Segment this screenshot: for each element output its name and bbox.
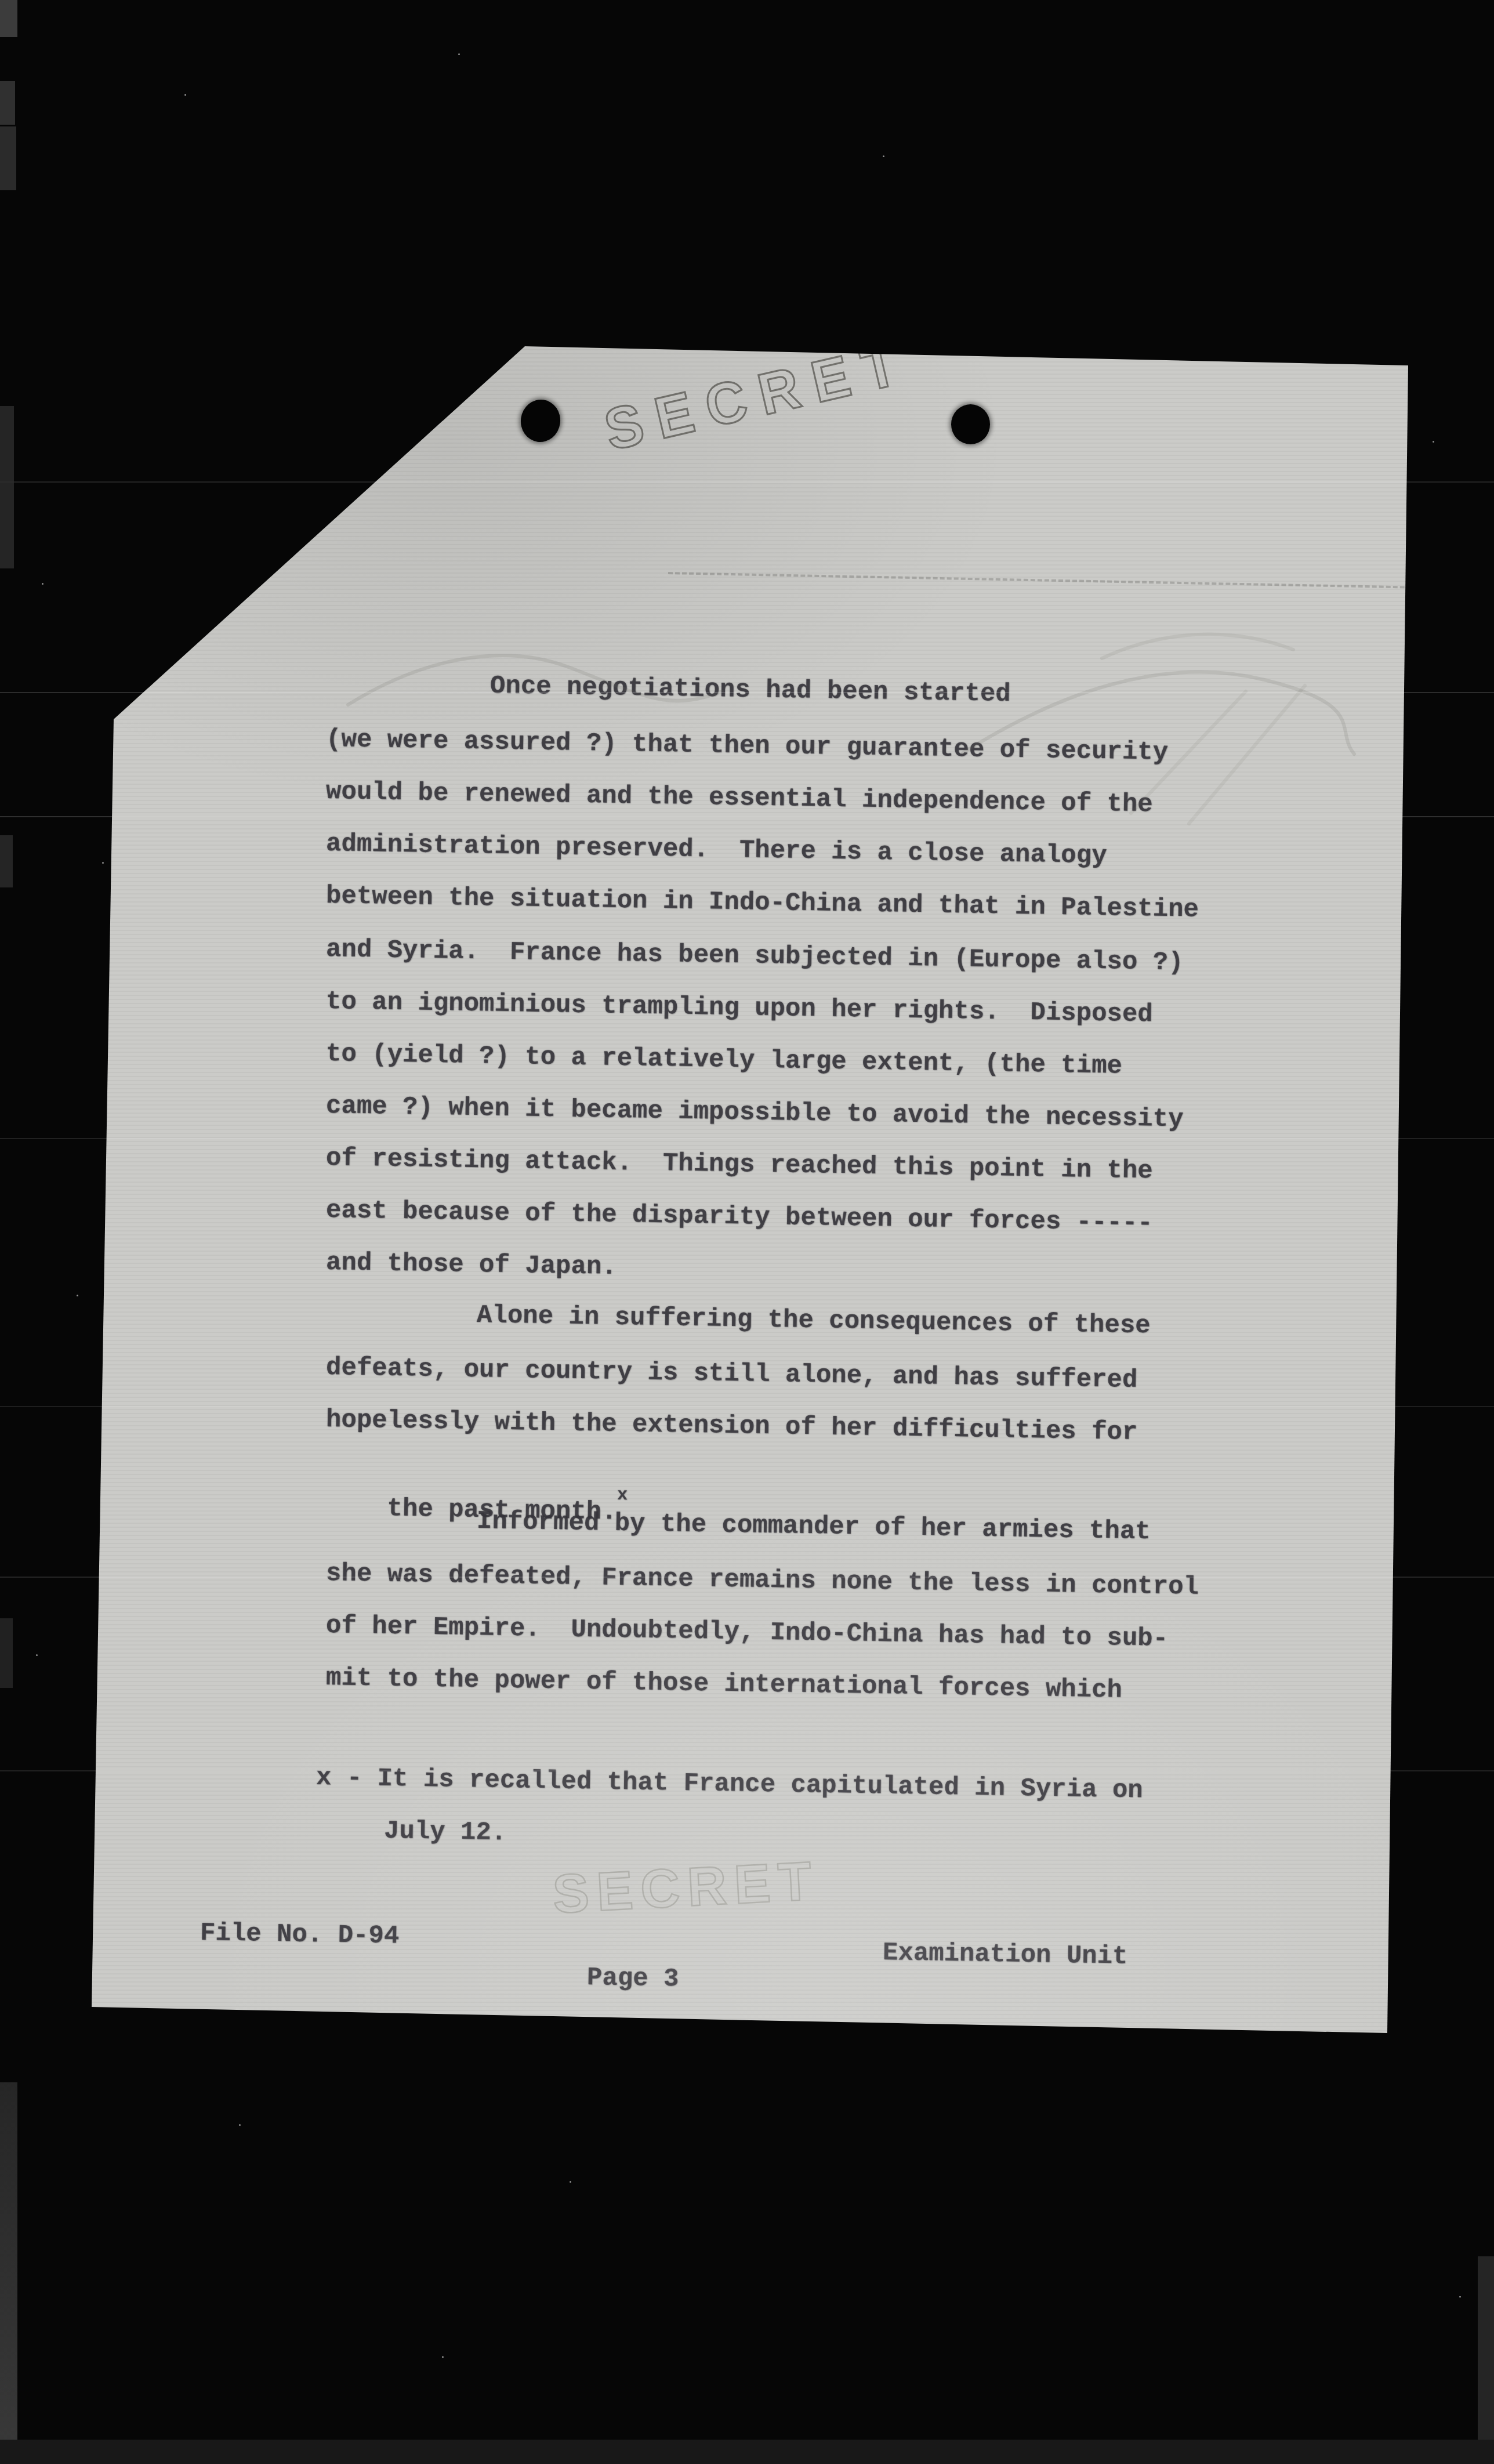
scan-streak [0,692,1494,693]
scan-streak [0,1577,1494,1578]
dust-speck [1433,441,1434,443]
typed-line: to (yield ?) to a relatively large exten… [326,1039,1123,1081]
typed-line: and those of Japan. [326,1248,617,1282]
typed-line: east because of the disparity between ou… [326,1196,1153,1238]
film-edge-artifact [0,406,14,568]
typed-dashed-rule [668,572,1405,588]
film-edge-artifact [1478,2256,1494,2464]
film-edge-artifact [0,81,15,125]
examination-unit-label: Examination Unit [883,1938,1128,1972]
typed-line: Once negotiations had been started [490,672,1011,709]
scan-streak [0,481,1494,483]
scan-streak [0,816,1494,817]
film-edge-artifact [0,0,17,37]
typed-line: she was defeated, France remains none th… [326,1559,1199,1602]
secret-stamp-top: SECRET [599,328,918,464]
film-edge-artifact [0,2440,1494,2464]
typed-line: the past month.x [325,1458,628,1556]
scan-streak [0,1138,1494,1139]
typed-line: between the situation in Indo-China and … [326,882,1199,925]
film-edge-artifact [0,126,16,190]
typed-line: Alone in suffering the consequences of t… [477,1301,1151,1340]
typed-line: and Syria. France has been subjected in … [326,935,1184,977]
dust-speck [36,1654,38,1656]
scan-streak [0,1406,1494,1407]
secret-stamp-bottom: SECRET [551,1849,820,1926]
film-edge-artifact [0,2082,17,2464]
scan-streak [0,1770,1494,1771]
footnote-line: x - It is recalled that France capitulat… [316,1763,1143,1805]
dust-speck [77,1295,78,1296]
dust-speck [42,583,43,585]
typed-line: hopelessly with the extension of her dif… [326,1405,1138,1447]
faint-handwriting [0,0,1494,2464]
dust-speck [1459,2296,1461,2298]
scan-background: { "page": { "stamp_top": "SECRET", "stam… [0,0,1494,2464]
document-page: SECRET Once negotiations had been starte… [0,0,1494,2464]
typed-line: came ?) when it became impossible to avo… [326,1092,1184,1134]
footnote-marker: x [617,1485,628,1505]
footnote-line: July 12. [384,1817,507,1847]
film-edge-artifact [0,835,13,887]
punch-hole-right [951,404,990,444]
typed-line: mit to the power of those international … [326,1664,1123,1705]
typed-line: would be renewed and the essential indep… [326,777,1153,819]
typed-line: of resisting attack. Things reached this… [326,1144,1153,1186]
typed-line: defeats, our country is still alone, and… [326,1353,1138,1395]
page-number: Page 3 [587,1963,679,1994]
dust-speck [442,2356,444,2358]
dust-speck [239,2124,241,2126]
file-number: File No. D-94 [200,1919,400,1951]
typed-line: to an ignominious trampling upon her rig… [326,987,1153,1029]
typed-line: Informed by the commander of her armies … [477,1507,1151,1546]
film-edge-artifact [0,1618,13,1688]
dust-speck [184,94,186,96]
typed-line: of her Empire. Undoubtedly, Indo-China h… [326,1611,1169,1654]
dust-speck [883,155,884,157]
typed-line: administration preserved. There is a clo… [326,829,1107,871]
dust-speck [102,862,104,864]
typed-line-text: the past month. [387,1494,617,1527]
dust-speck [570,2181,571,2183]
dust-speck [458,53,460,55]
typed-line: (we were assured ?) that then our guaran… [326,725,1169,767]
